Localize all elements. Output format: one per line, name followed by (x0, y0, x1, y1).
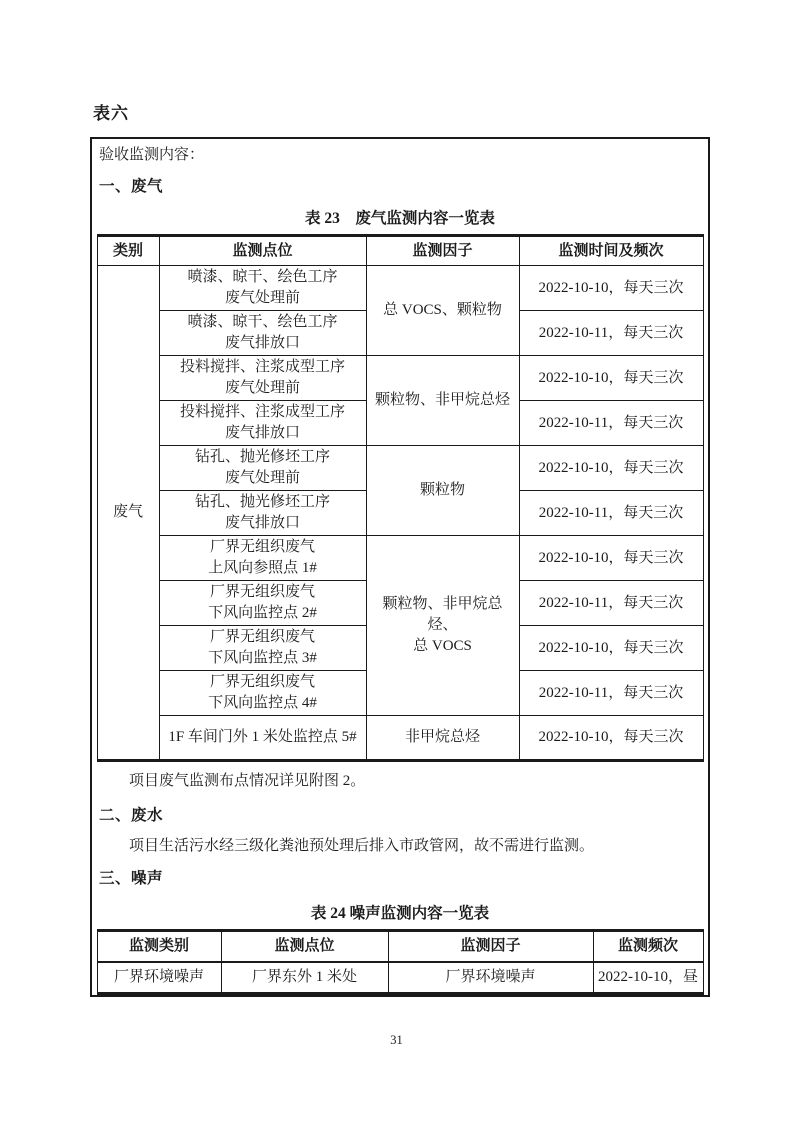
document-page: { "page": { "form_label": "表六", "page_nu… (0, 0, 793, 1122)
factor-line: 总 VOCS (371, 636, 515, 657)
point-line: 废气排放口 (164, 423, 362, 444)
noise-header-category: 监测类别 (97, 931, 221, 962)
factor-cell: 总 VOCS、颗粒物 (366, 266, 519, 356)
table-row: 投料搅拌、注浆成型工序 废气处理前 颗粒物、非甲烷总烃 2022-10-10，每… (97, 356, 703, 401)
noise-table: 监测类别 监测点位 监测因子 监测频次 厂界环境噪声 厂界东外 1 米处 厂界环… (97, 929, 704, 995)
gas-table-title: 表 23 废气监测内容一览表 (92, 208, 708, 230)
factor-cell: 颗粒物、非甲烷总烃 (366, 356, 519, 446)
gas-note: 项目废气监测布点情况详见附图 2。 (92, 771, 708, 792)
point-line: 废气排放口 (164, 333, 362, 354)
content-box: 验收监测内容： 一、废气 表 23 废气监测内容一览表 类别 监测点位 监测因子… (90, 137, 710, 997)
point-line: 下风向监控点 4# (164, 693, 362, 714)
point-cell: 厂界无组织废气 下风向监控点 4# (159, 671, 366, 716)
table-row: 厂界环境噪声 厂界东外 1 米处 厂界环境噪声 2022-10-10，昼 (97, 962, 703, 994)
section-heading-gas: 一、废气 (92, 175, 708, 199)
point-line: 喷漆、晾干、绘色工序 (164, 267, 362, 288)
noise-point-cell: 厂界东外 1 米处 (221, 962, 388, 994)
section-heading-water: 二、废水 (92, 804, 708, 828)
point-cell: 厂界无组织废气 下风向监控点 3# (159, 626, 366, 671)
gas-header-point: 监测点位 (159, 236, 366, 266)
time-cell: 2022-10-11，每天三次 (519, 401, 703, 446)
factor-cell: 颗粒物 (366, 446, 519, 536)
point-line: 投料搅拌、注浆成型工序 (164, 402, 362, 423)
gas-header-time: 监测时间及频次 (519, 236, 703, 266)
point-cell: 喷漆、晾干、绘色工序 废气处理前 (159, 266, 366, 311)
time-cell: 2022-10-11，每天三次 (519, 581, 703, 626)
noise-table-title: 表 24 噪声监测内容一览表 (92, 903, 708, 925)
noise-header-point: 监测点位 (221, 931, 388, 962)
point-cell: 钻孔、抛光修坯工序 废气排放口 (159, 491, 366, 536)
time-cell: 2022-10-10，每天三次 (519, 266, 703, 311)
point-line: 厂界无组织废气 (164, 627, 362, 648)
gas-table: 类别 监测点位 监测因子 监测时间及频次 废气 喷漆、晾干、绘色工序 废气处理前… (97, 234, 704, 762)
point-line: 废气处理前 (164, 468, 362, 489)
noise-factor-cell: 厂界环境噪声 (388, 962, 593, 994)
factor-cell: 颗粒物、非甲烷总烃、 总 VOCS (366, 536, 519, 716)
time-cell: 2022-10-11，每天三次 (519, 311, 703, 356)
point-cell: 投料搅拌、注浆成型工序 废气排放口 (159, 401, 366, 446)
time-cell: 2022-10-10，每天三次 (519, 446, 703, 491)
table-row: 废气 喷漆、晾干、绘色工序 废气处理前 总 VOCS、颗粒物 2022-10-1… (97, 266, 703, 311)
point-line: 钻孔、抛光修坯工序 (164, 492, 362, 513)
gas-header-category: 类别 (97, 236, 159, 266)
table-row: 厂界无组织废气 上风向参照点 1# 颗粒物、非甲烷总烃、 总 VOCS 2022… (97, 536, 703, 581)
time-cell: 2022-10-10，每天三次 (519, 536, 703, 581)
form-label: 表六 (93, 99, 129, 124)
category-cell: 废气 (97, 266, 159, 761)
point-line: 废气处理前 (164, 378, 362, 399)
time-cell: 2022-10-11，每天三次 (519, 671, 703, 716)
table-row: 钻孔、抛光修坯工序 废气处理前 颗粒物 2022-10-10，每天三次 (97, 446, 703, 491)
point-line: 下风向监控点 2# (164, 603, 362, 624)
point-line: 厂界无组织废气 (164, 537, 362, 558)
noise-frequency-cell: 2022-10-10，昼 (593, 962, 703, 994)
section-heading-noise: 三、噪声 (92, 867, 708, 891)
point-line: 投料搅拌、注浆成型工序 (164, 357, 362, 378)
point-cell: 厂界无组织废气 下风向监控点 2# (159, 581, 366, 626)
page-number: 31 (0, 1033, 793, 1048)
point-cell: 喷漆、晾干、绘色工序 废气排放口 (159, 311, 366, 356)
point-cell: 钻孔、抛光修坯工序 废气处理前 (159, 446, 366, 491)
intro-text: 验收监测内容： (92, 143, 708, 167)
time-cell: 2022-10-11，每天三次 (519, 491, 703, 536)
water-text: 项目生活污水经三级化粪池预处理后排入市政管网，故不需进行监测。 (92, 836, 708, 857)
point-line: 厂界无组织废气 (164, 582, 362, 603)
noise-header-frequency: 监测频次 (593, 931, 703, 962)
time-cell: 2022-10-10，每天三次 (519, 716, 703, 761)
noise-category-cell: 厂界环境噪声 (97, 962, 221, 994)
point-line: 废气处理前 (164, 288, 362, 309)
point-line: 上风向参照点 1# (164, 558, 362, 579)
point-line: 下风向监控点 3# (164, 648, 362, 669)
point-line: 厂界无组织废气 (164, 672, 362, 693)
point-line: 喷漆、晾干、绘色工序 (164, 312, 362, 333)
time-cell: 2022-10-10，每天三次 (519, 356, 703, 401)
point-line: 钻孔、抛光修坯工序 (164, 447, 362, 468)
time-cell: 2022-10-10，每天三次 (519, 626, 703, 671)
factor-cell: 非甲烷总烃 (366, 716, 519, 761)
noise-header-factor: 监测因子 (388, 931, 593, 962)
factor-line: 颗粒物、非甲烷总烃、 (371, 594, 515, 636)
point-cell: 1F 车间门外 1 米处监控点 5# (159, 716, 366, 761)
table-row: 1F 车间门外 1 米处监控点 5# 非甲烷总烃 2022-10-10，每天三次 (97, 716, 703, 761)
point-cell: 厂界无组织废气 上风向参照点 1# (159, 536, 366, 581)
gas-header-factor: 监测因子 (366, 236, 519, 266)
noise-table-header-row: 监测类别 监测点位 监测因子 监测频次 (97, 931, 703, 962)
point-line: 废气排放口 (164, 513, 362, 534)
gas-table-header-row: 类别 监测点位 监测因子 监测时间及频次 (97, 236, 703, 266)
point-cell: 投料搅拌、注浆成型工序 废气处理前 (159, 356, 366, 401)
